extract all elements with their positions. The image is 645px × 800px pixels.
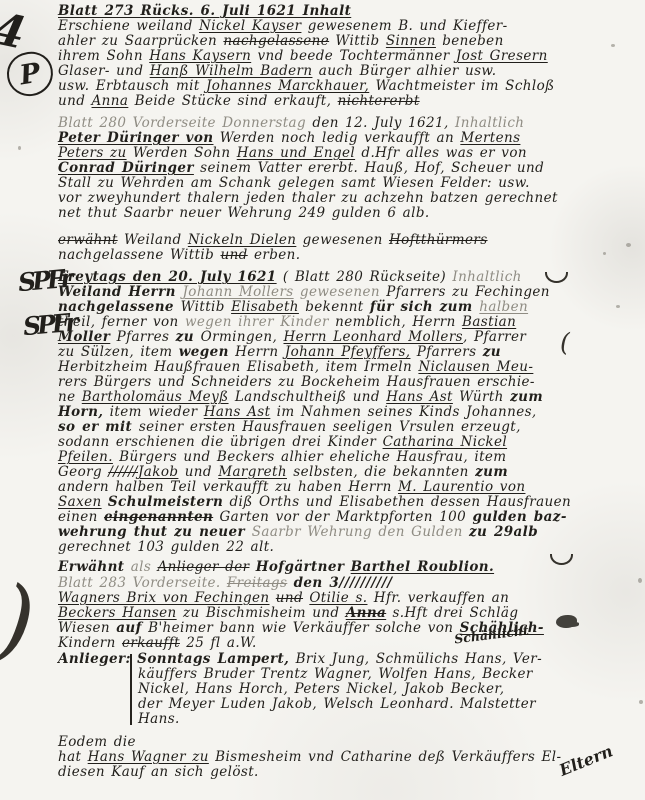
scan-speck	[611, 44, 615, 47]
text-segment: und	[178, 464, 218, 480]
text-segment: Würth	[453, 389, 510, 405]
text-segment: usw. Erbtausch mit	[58, 78, 206, 94]
text-segment: im Nahmen seines Kinds Johannes,	[270, 404, 536, 420]
text-segment: ahler zu Saarprücken	[58, 33, 223, 49]
text-segment: Hans.	[138, 711, 180, 727]
text-line: vor zweyhundert thalern jeden thaler zu …	[58, 191, 643, 206]
text-segment: theil, ferner von	[58, 314, 185, 330]
text-segment: seiner ersten Hausfrauen seeligen Vrsule…	[139, 419, 521, 435]
text-line: andern halben Teil verkaufft zu haben He…	[58, 480, 643, 495]
text-segment: selbsten, die bekannten	[287, 464, 475, 480]
text-segment: Brix Jung, Schmülichs Hans, Ver-	[289, 651, 542, 667]
text-segment: gewesenen	[294, 284, 387, 300]
text-segment: Pfarrers	[411, 344, 483, 360]
entry-blatt-283: )SchählichtBlatt 283 Vorderseite. Freita…	[58, 576, 643, 651]
text-segment: Johann Pfeyffers,	[285, 344, 411, 360]
text-line: Kindern erkaufft 25 fl a.W.	[58, 636, 643, 651]
text-segment: Weiland	[118, 232, 188, 248]
text-segment: diesen Kauf an sich gelöst.	[58, 764, 259, 780]
text-segment: Hans Kaysern	[149, 48, 251, 64]
text-segment: Hanß Wilhelm Badern	[150, 63, 313, 79]
text-segment: beneben	[436, 33, 504, 49]
text-line: rers Bürgers und Schneiders zu Bockeheim…	[58, 375, 643, 390]
text-segment: Peters zu	[58, 145, 127, 161]
text-segment: nachgelassene Wittib	[58, 247, 220, 263]
text-segment: hat	[58, 749, 88, 765]
text-segment: Bürgers und Beckers alhier eheliche Haus…	[113, 449, 507, 465]
text-segment: nemblich, Herrn	[335, 314, 462, 330]
text-segment: Anna	[346, 605, 386, 621]
text-segment: Horn,	[58, 404, 103, 420]
text-segment: //////	[108, 464, 138, 480]
text-line: nachgelassene Wittib Elisabeth bekennt f…	[58, 300, 643, 315]
text-segment: Freytags den 20. July 1621	[58, 269, 277, 285]
text-line: Georg //////Jakob und Margreth selbsten,…	[58, 465, 643, 480]
text-segment: Wittib	[329, 33, 386, 49]
text-segment: , Pfarrer	[463, 329, 526, 345]
text-segment: Garten vor der Marktpforten 100	[213, 509, 472, 525]
text-line: Horn, item wieder Hans Ast im Nahmen sei…	[58, 405, 643, 420]
scan-speck	[626, 243, 631, 247]
text-segment: nachgelassene	[223, 33, 329, 49]
text-segment: item wieder	[103, 404, 203, 420]
text-segment: Barthel Roublion.	[351, 559, 494, 575]
text-segment: Pfarrers zu Fechingen	[386, 284, 550, 300]
text-line: Peter Düringer von Werden noch ledig ver…	[58, 131, 643, 146]
paren-mark-right: (	[560, 328, 570, 357]
scanned-manuscript-page: 4 P Blatt 273 Rücks. 6. Juli 1621 Inhalt…	[0, 0, 645, 800]
text-segment: Herbitzheim Haußfrauen Elisabeth, item I…	[58, 359, 418, 375]
scan-speck	[18, 146, 21, 150]
text-line: Saxen Schulmeistern diß Orths und Elisab…	[58, 495, 643, 510]
text-segment: Erwähnt	[58, 559, 124, 575]
text-line: Stall zu Wehrden am Schank gelegen samt …	[58, 176, 643, 191]
text-segment: Bartholomäus Meyß	[82, 389, 229, 405]
text-segment: diß Orths und Elisabethen dessen Hausfra…	[223, 494, 571, 510]
text-line: sodann erschienen die übrigen drei Kinde…	[58, 435, 643, 450]
text-segment: nachgelassene	[58, 299, 181, 315]
text-segment: Jost Gresern	[456, 48, 548, 64]
text-segment: Glaser- und	[58, 63, 150, 79]
text-line: und Anna Beide Stücke sind erkauft, nich…	[58, 94, 643, 109]
text-line: Wagners Brix von Fechingen und Otilie s.…	[58, 591, 643, 606]
text-segment: bekennt	[299, 299, 370, 315]
text-segment: auch Bürger alhier usw.	[312, 63, 496, 79]
text-segment: sodann erschienen die übrigen drei Kinde…	[58, 434, 383, 450]
entry-blatt-273: Blatt 273 Rücks. 6. Juli 1621 InhaltErsc…	[58, 4, 643, 109]
text-segment: Margreth	[218, 464, 287, 480]
text-segment: Jakob	[138, 464, 178, 480]
text-line: Erschiene weiland Nickel Kayser gewesene…	[58, 19, 643, 34]
text-segment: und	[58, 93, 92, 109]
text-segment: Beckers Hansen	[58, 605, 177, 621]
text-segment: Wachtmeister im Schloß	[369, 78, 554, 94]
scan-speck	[639, 700, 643, 704]
text-line: Anlieger: Sonntags Lampert, Brix Jung, S…	[58, 652, 643, 667]
text-segment: als	[124, 559, 157, 575]
text-segment: Schulmeistern	[108, 494, 223, 510]
text-segment: halben	[479, 299, 528, 315]
text-segment: der Meyer Luden Jakob, Welsch Leonhard. …	[138, 696, 536, 712]
text-segment: Bismesheim vnd Catharine deß Verkäuffers…	[209, 749, 562, 765]
entry-blatt-280-vorderseite: Blatt 280 Vorderseite Donnerstag den 12.…	[58, 116, 643, 221]
text-line: Pfeilen. Bürgers und Beckers alhier ehel…	[58, 450, 643, 465]
text-segment: ( Blatt 280 Rückseite)	[277, 269, 453, 285]
text-segment: Werden Sohn	[127, 145, 237, 161]
text-segment: Ormingen,	[201, 329, 284, 345]
text-line: ihrem Sohn Hans Kaysern vnd beede Tochte…	[58, 49, 643, 64]
text-line: hat Hans Wagner zu Bismesheim vnd Cathar…	[58, 750, 643, 765]
text-segment: Freitags	[227, 575, 287, 591]
text-segment: und	[220, 247, 247, 263]
text-segment: Weiland Herrn	[58, 284, 183, 300]
text-segment: auf	[116, 620, 142, 636]
text-segment: Niclausen Meu-	[418, 359, 533, 375]
text-segment: ne	[58, 389, 82, 405]
spf-mark-2: SPFr	[22, 310, 75, 339]
text-segment: Nickeln Dielen	[188, 232, 297, 248]
text-segment: Anna	[92, 93, 129, 109]
text-line: usw. Erbtausch mit Johannes Marckhauer, …	[58, 79, 643, 94]
text-segment: Hofgärtner	[256, 559, 345, 575]
text-segment: Werden noch ledig verkaufft an	[214, 130, 461, 146]
text-segment: Erschiene weiland	[58, 18, 199, 34]
text-line: gerechnet 103 gulden 22 alt.	[58, 540, 643, 555]
text-line: Glaser- und Hanß Wilhelm Badern auch Bür…	[58, 64, 643, 79]
text-line: Peters zu Werden Sohn Hans und Engel d.H…	[58, 146, 643, 161]
text-segment: vnd beede Tochtermänner	[251, 48, 456, 64]
text-segment: käuffers Bruder Trentz Wagner, Wolfen Ha…	[138, 666, 533, 682]
text-line: Herbitzheim Haußfrauen Elisabeth, item I…	[58, 360, 643, 375]
text-segment: Wittib	[181, 299, 231, 315]
text-line: Blatt 280 Vorderseite Donnerstag den 12.…	[58, 116, 643, 131]
text-segment: Herrn	[229, 344, 285, 360]
text-segment: Johannes Marckhauer,	[206, 78, 369, 94]
note-roublion: Erwähnt als Anlieger der Hofgärtner Bart…	[58, 560, 643, 575]
entry-blatt-280-rueckseite: SPFrSPFr(Freytags den 20. July 1621 ( Bl…	[58, 270, 643, 555]
text-segment: Landschultheiß und	[229, 389, 387, 405]
note-eodem: ElternEodem diehat Hans Wagner zu Bismes…	[58, 735, 643, 780]
text-line: net thut Saarbr neuer Wehrung 249 gulden…	[58, 206, 643, 221]
text-segment: zu 29alb	[469, 524, 538, 540]
text-segment: Hans Ast	[386, 389, 453, 405]
text-segment: Hans und Engel	[237, 145, 355, 161]
bigparen-mark-left: )	[0, 578, 39, 665]
text-segment: gulden baz-	[472, 509, 566, 525]
text-segment: net thut Saarbr neuer Wehrung 249 gulden…	[58, 205, 430, 221]
text-line: diesen Kauf an sich gelöst.	[58, 765, 643, 780]
text-line: Moller Pfarres zu Ormingen, Herrn Leonha…	[58, 330, 643, 345]
text-line: ahler zu Saarprücken nachgelassene Witti…	[58, 34, 643, 49]
manuscript-text-block: Blatt 273 Rücks. 6. Juli 1621 InhaltErsc…	[0, 0, 645, 800]
text-segment: und	[276, 590, 303, 606]
text-segment: Wagners Brix von Fechingen	[58, 590, 270, 606]
text-segment: erben.	[248, 247, 301, 263]
text-line: Hans.	[58, 712, 643, 727]
text-segment: Johann Mollers	[183, 284, 294, 300]
text-segment: 25 fl a.W.	[180, 635, 257, 651]
text-segment: wegen ihrer Kinder	[185, 314, 335, 330]
text-line: Blatt 273 Rücks. 6. Juli 1621 Inhalt	[58, 4, 643, 19]
text-segment: Saarbr Wehrung den Gulden	[252, 524, 469, 540]
text-segment: M. Laurentio von	[398, 479, 525, 495]
text-segment: erkaufft	[122, 635, 180, 651]
text-segment: gerechnet 103 gulden 22 alt.	[58, 539, 274, 555]
text-segment: Conrad Düringer	[58, 160, 194, 176]
text-segment: gewesenen	[296, 232, 389, 248]
text-segment: zum	[475, 464, 508, 480]
text-segment: Hans Ast	[204, 404, 271, 420]
text-segment: Nickel, Hans Horch, Peters Nickel, Jakob…	[138, 681, 504, 697]
text-segment: für sich zum	[370, 299, 479, 315]
text-line: Eodem die	[58, 735, 643, 750]
text-segment: einen	[58, 509, 104, 525]
text-segment: gewesenem B. und Kieffer-	[301, 18, 507, 34]
text-segment: Bastian	[462, 314, 516, 330]
text-line: einen eingenannten Garten vor der Marktp…	[58, 510, 643, 525]
text-segment: Hfr. verkauffen an	[367, 590, 509, 606]
text-segment: Pfarres	[110, 329, 175, 345]
text-line: der Meyer Luden Jakob, Welsch Leonhard. …	[58, 697, 643, 712]
text-segment: zu	[483, 344, 501, 360]
text-line: Nickel, Hans Horch, Peters Nickel, Jakob…	[58, 682, 643, 697]
text-segment: Nickel Kayser	[199, 18, 301, 34]
text-segment: Inhaltlich	[452, 269, 521, 285]
text-line: käuffers Bruder Trentz Wagner, Wolfen Ha…	[58, 667, 643, 682]
text-segment: Pfeilen.	[58, 449, 113, 465]
text-segment: Georg	[58, 464, 108, 480]
scan-speck	[616, 305, 620, 308]
text-segment: Hoftthürmers	[389, 232, 488, 248]
text-segment: Kindern	[58, 635, 122, 651]
ink-blob	[556, 615, 577, 628]
spf-mark-1: SPFr	[17, 266, 70, 295]
text-segment: B'heimer bann wie Verkäuffer solche von	[142, 620, 460, 636]
text-segment: erwähnt	[58, 232, 118, 248]
text-segment: wehrung thut zu neuer	[58, 524, 252, 540]
scan-speck	[638, 578, 642, 583]
text-segment: den 3//////////	[294, 575, 393, 591]
note-dielen: erwähnt Weiland Nickeln Dielen gewesenen…	[58, 233, 643, 263]
text-line: Weiland Herrn Johann Mollers gewesenen P…	[58, 285, 643, 300]
text-segment: Otilie s.	[309, 590, 367, 606]
text-line: Conrad Düringer seinem Vatter ererbt. Ha…	[58, 161, 643, 176]
text-segment: s.Hft drei Schläg	[386, 605, 518, 621]
text-line: so er mit seiner ersten Hausfrauen seeli…	[58, 420, 643, 435]
text-segment: Beide Stücke sind erkauft,	[128, 93, 337, 109]
text-segment: Blatt 273 Rücks. 6. Juli 1621 Inhalt	[58, 3, 351, 19]
text-segment: so er mit	[58, 419, 139, 435]
text-line: theil, ferner von wegen ihrer Kinder nem…	[58, 315, 643, 330]
text-segment: vor zweyhundert thalern jeden thaler zu …	[58, 190, 558, 206]
text-segment: zu Bischmisheim und	[177, 605, 346, 621]
text-segment: wegen	[179, 344, 229, 360]
text-segment: andern halben Teil verkaufft zu haben He…	[58, 479, 398, 495]
text-segment: ihrem Sohn	[58, 48, 149, 64]
text-segment: Inhaltlich	[455, 115, 524, 131]
text-segment: Blatt 283 Vorderseite.	[58, 575, 227, 591]
text-segment: Mertens	[460, 130, 520, 146]
anlieger-list: Anlieger: Sonntags Lampert, Brix Jung, S…	[58, 652, 643, 727]
text-segment: Eodem die	[58, 734, 136, 750]
text-segment: Elisabeth	[231, 299, 299, 315]
text-segment: den 12. July 1621,	[312, 115, 455, 131]
text-line: zu Sülzen, item wegen Herrn Johann Pfeyf…	[58, 345, 643, 360]
text-segment: Saxen	[58, 494, 102, 510]
text-segment: zu	[176, 329, 201, 345]
text-segment: Stall zu Wehrden am Schank gelegen samt …	[58, 175, 530, 191]
text-segment: zum	[510, 389, 543, 405]
text-segment: Blatt 280 Vorderseite Donnerstag	[58, 115, 312, 131]
text-segment: eingenannten	[104, 509, 213, 525]
text-segment: Anlieger der	[158, 559, 250, 575]
text-line: nachgelassene Wittib und erben.	[58, 248, 643, 263]
text-line: Beckers Hansen zu Bischmisheim und Anna …	[58, 606, 643, 621]
text-segment: zu Sülzen, item	[58, 344, 179, 360]
text-segment: nichtererbt	[338, 93, 420, 109]
text-segment: Peter Düringer von	[58, 130, 214, 146]
text-line: ne Bartholomäus Meyß Landschultheiß und …	[58, 390, 643, 405]
text-segment: Hans Wagner zu	[88, 749, 209, 765]
text-line: Blatt 283 Vorderseite. Freitags den 3///…	[58, 576, 643, 591]
text-segment: Wiesen	[58, 620, 116, 636]
text-segment: rers Bürgers und Schneiders zu Bockeheim…	[58, 374, 535, 390]
text-segment: Sonntags Lampert,	[137, 651, 289, 667]
text-segment: d.Hfr alles was er von	[355, 145, 527, 161]
text-segment: seinem Vatter ererbt. Hauß, Hof, Scheuer…	[194, 160, 544, 176]
scan-speck	[603, 252, 606, 255]
text-segment: Herrn Leonhard Mollers	[283, 329, 463, 345]
text-segment: Anlieger:	[58, 651, 131, 667]
text-line: erwähnt Weiland Nickeln Dielen gewesenen…	[58, 233, 643, 248]
text-segment: Catharina Nickel	[383, 434, 508, 450]
text-line: wehrung thut zu neuer Saarbr Wehrung den…	[58, 525, 643, 540]
text-segment: Sinnen	[386, 33, 436, 49]
